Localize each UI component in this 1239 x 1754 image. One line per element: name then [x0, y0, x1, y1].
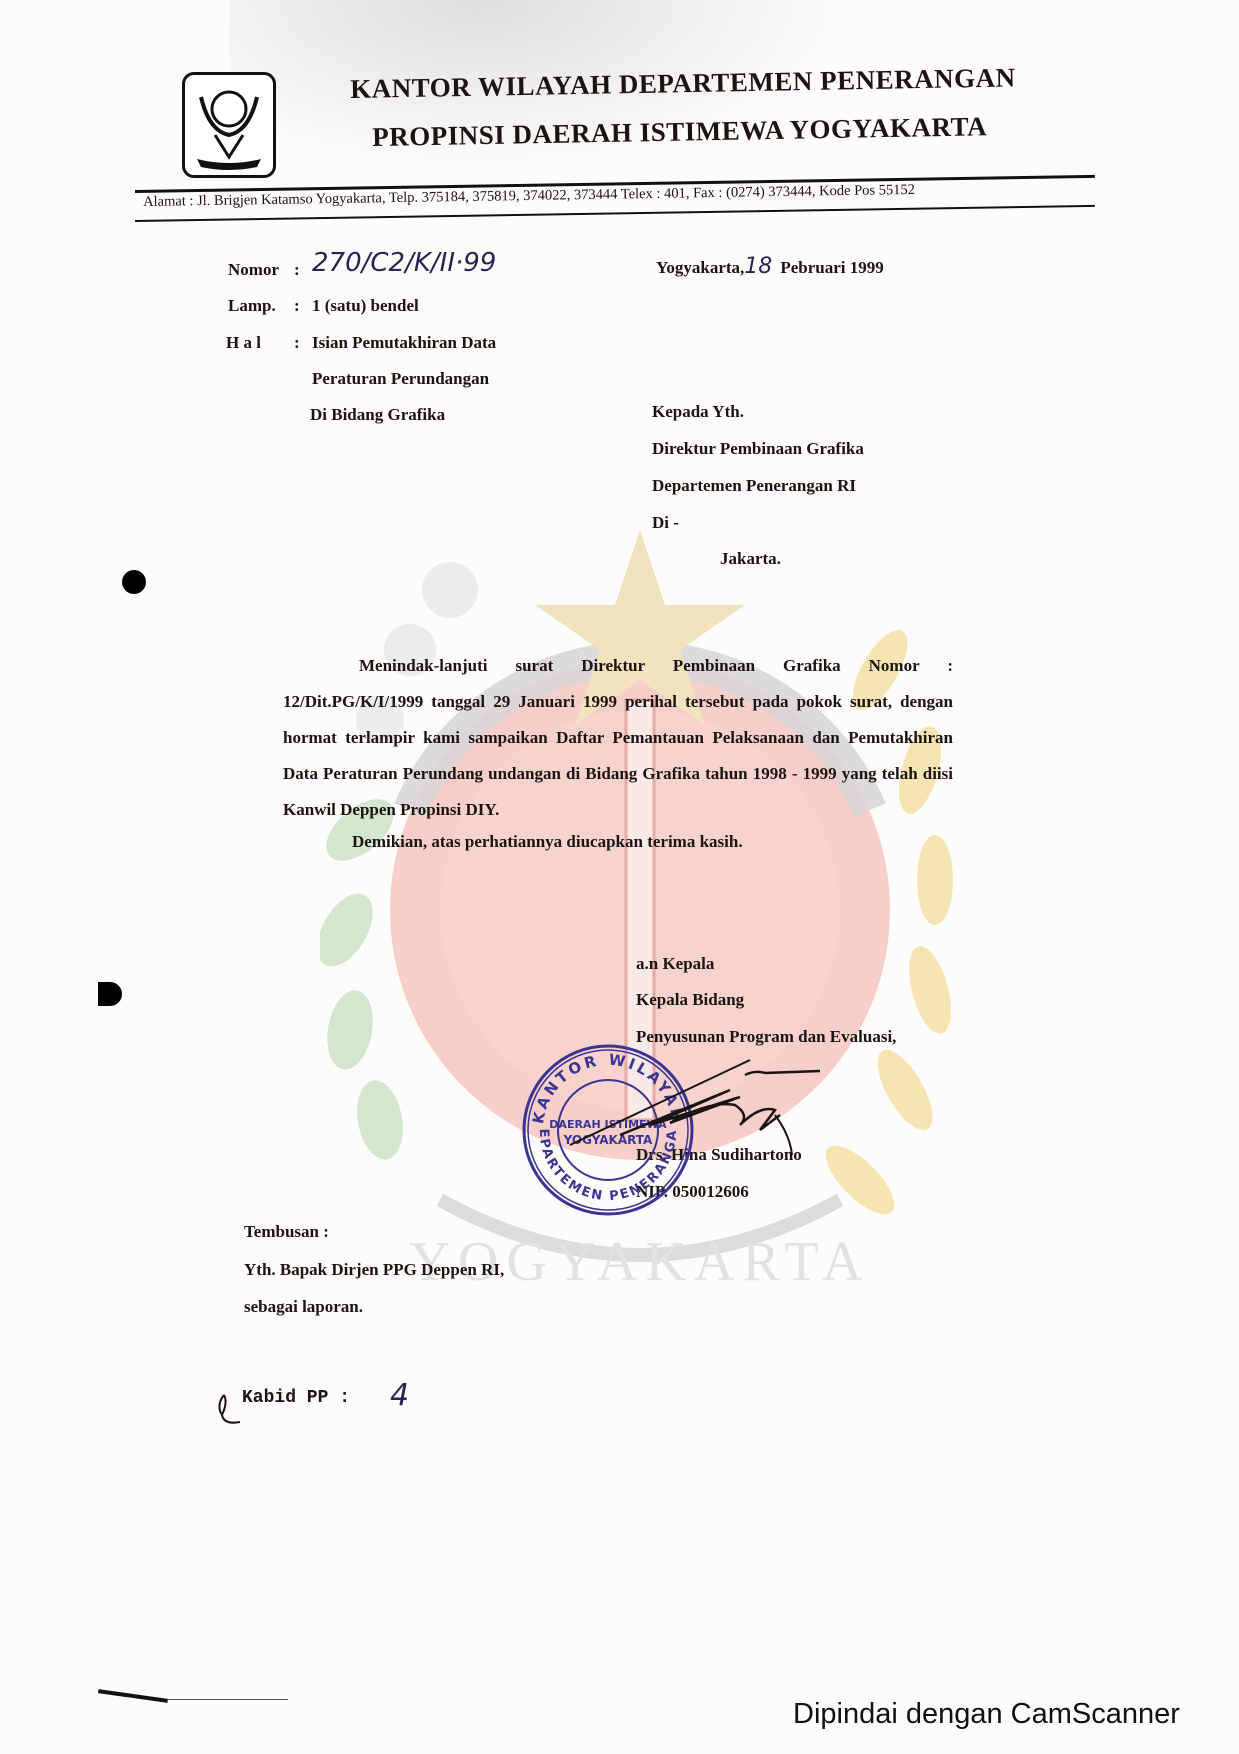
hal-label: H a l	[226, 333, 261, 353]
edge-line	[168, 1699, 288, 1700]
recipient-line: Direktur Pembinaan Grafika	[652, 439, 864, 459]
lamp-value: 1 (satu) bendel	[312, 296, 419, 316]
body-paragraph: Menindak-lanjuti surat Direktur Pembinaa…	[283, 648, 953, 828]
hole-punch-mark	[98, 982, 122, 1006]
tembusan-line: Yth. Bapak Dirjen PPG Deppen RI,	[244, 1260, 504, 1280]
lamp-separator: :	[294, 296, 300, 316]
tembusan-line: sebagai laporan.	[244, 1297, 363, 1317]
date-day: 18	[744, 254, 772, 279]
date-place: Yogyakarta,	[656, 258, 744, 277]
recipient-line: Departemen Penerangan RI	[652, 476, 856, 496]
hal-line: Di Bidang Grafika	[310, 405, 445, 425]
edge-mark	[98, 1689, 168, 1703]
letter-date: Yogyakarta,18 Pebruari 1999	[656, 254, 884, 279]
hal-separator: :	[294, 333, 300, 353]
disposition-note: Kabid PP :	[242, 1388, 350, 1408]
date-month-year: Pebruari 1999	[780, 258, 883, 277]
nomor-value: 270/C2/K/II·99	[312, 248, 496, 278]
recipient-line: Kepada Yth.	[652, 402, 744, 422]
body-text: Menindak-lanjuti surat Direktur Pembinaa…	[283, 648, 953, 828]
recipient-line: Di -	[652, 513, 679, 533]
camscanner-footer: Dipindai dengan CamScanner	[793, 1698, 1180, 1731]
signature-an: a.n Kepala	[636, 954, 714, 974]
hole-punch-mark	[122, 570, 146, 594]
ministry-emblem-icon	[185, 75, 273, 175]
tembusan-label: Tembusan :	[244, 1222, 329, 1242]
recipient-line: Jakarta.	[720, 549, 781, 569]
lamp-label: Lamp.	[228, 296, 276, 316]
handwritten-mark-icon	[214, 1390, 244, 1430]
nomor-separator: :	[294, 260, 300, 280]
signature-position: Kepala Bidang	[636, 990, 744, 1010]
hal-line: Isian Pemutakhiran Data	[312, 333, 496, 353]
disposition-handwritten: 4	[390, 1378, 409, 1413]
closing-line: Demikian, atas perhatiannya diucapkan te…	[352, 832, 743, 852]
handwritten-signature-icon	[560, 1045, 840, 1155]
nomor-label: Nomor	[228, 260, 279, 280]
hal-line: Peraturan Perundangan	[312, 369, 489, 389]
department-logo	[182, 72, 276, 178]
